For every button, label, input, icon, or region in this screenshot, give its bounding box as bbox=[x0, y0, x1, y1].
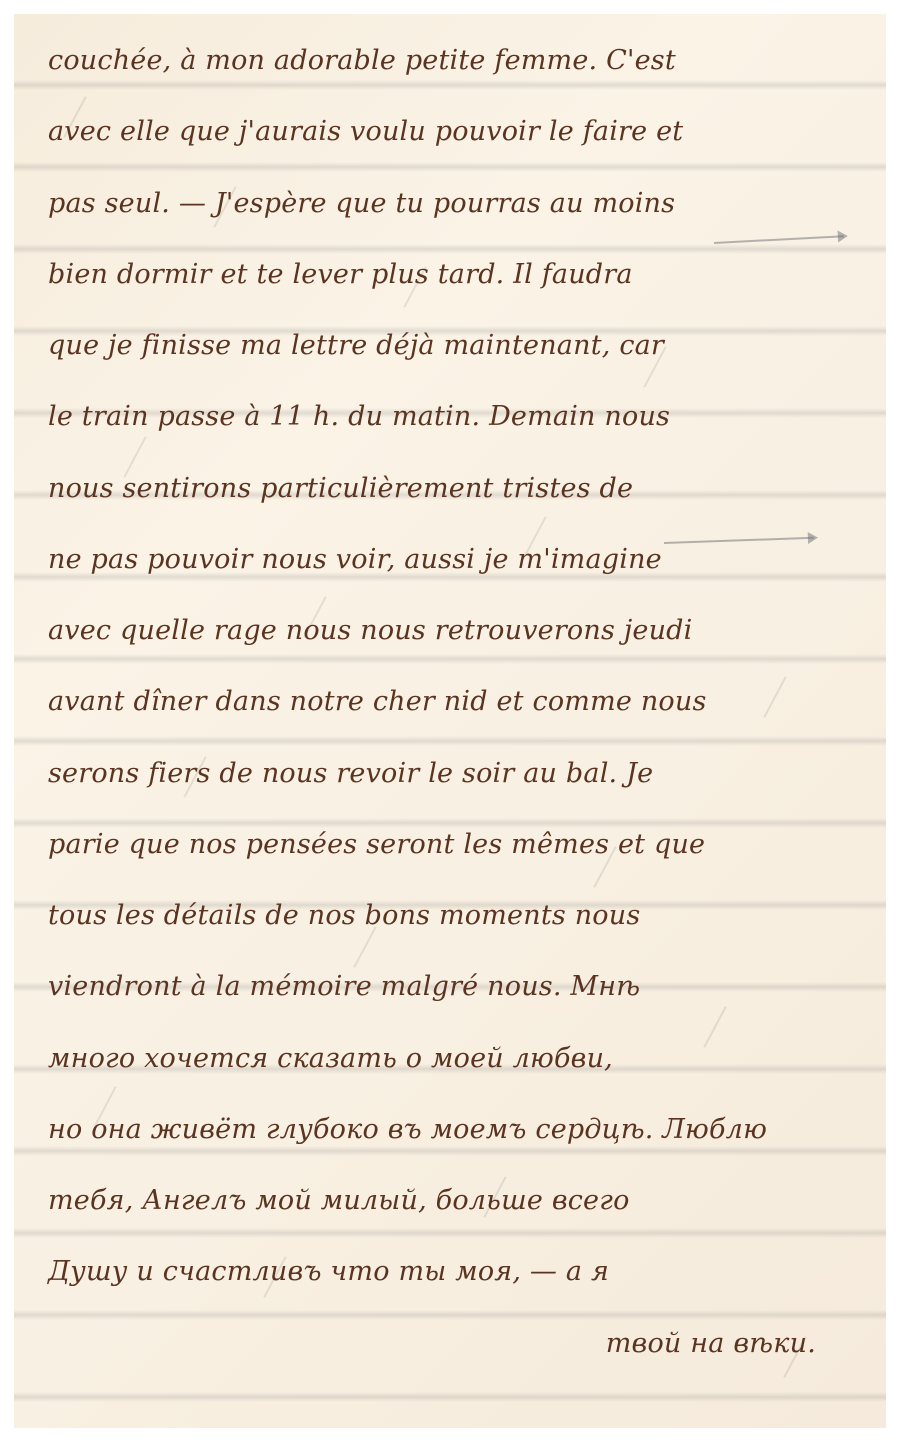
bleed-through-band bbox=[14, 1228, 886, 1238]
letter-line: Душу и счастливъ что ты моя, — а я bbox=[48, 1247, 866, 1297]
letter-line: тебя, Ангелъ мой милый, больше всего bbox=[48, 1176, 866, 1226]
bleed-through-band bbox=[14, 1392, 886, 1402]
bleed-through-band bbox=[14, 736, 886, 746]
letter-line: viendront à la mémoire malgré nous. Мнѣ bbox=[48, 962, 866, 1012]
letter-line: que je finisse ma lettre déjà maintenant… bbox=[48, 321, 866, 371]
letter-line: tous les détails de nos bons moments nou… bbox=[48, 891, 866, 941]
letter-signature-line: твой на вѣки. bbox=[396, 1319, 816, 1369]
letter-line: le train passe à 11 h. du matin. Demain … bbox=[48, 392, 866, 442]
letter-line: couchée, à mon adorable petite femme. C'… bbox=[48, 36, 866, 86]
letter-line: много хочется сказать о моей любви, bbox=[48, 1034, 866, 1084]
letter-line: parie que nos pensées seront les mêmes e… bbox=[48, 820, 866, 870]
letter-line: avant dîner dans notre cher nid et comme… bbox=[48, 677, 866, 727]
letter-line: serons fiers de nous revoir le soir au b… bbox=[48, 749, 866, 799]
letter-line: bien dormir et te lever plus tard. Il fa… bbox=[48, 250, 866, 300]
letter-line: pas seul. — J'espère que tu pourras au m… bbox=[48, 179, 866, 229]
bleed-through-band bbox=[14, 162, 886, 172]
letter-line: avec elle que j'aurais voulu pouvoir le … bbox=[48, 107, 866, 157]
letter-line: avec quelle rage nous nous retrouverons … bbox=[48, 606, 866, 656]
letter-line: но она живёт глубоко въ моемъ сердцѣ. Лю… bbox=[48, 1105, 866, 1155]
letter-line: nous sentirons particulièrement tristes … bbox=[48, 464, 866, 514]
letter-page: couchée, à mon adorable petite femme. C'… bbox=[14, 14, 886, 1428]
pencil-arrow-icon bbox=[714, 235, 844, 244]
letter-line: ne pas pouvoir nous voir, aussi je m'ima… bbox=[48, 535, 866, 585]
